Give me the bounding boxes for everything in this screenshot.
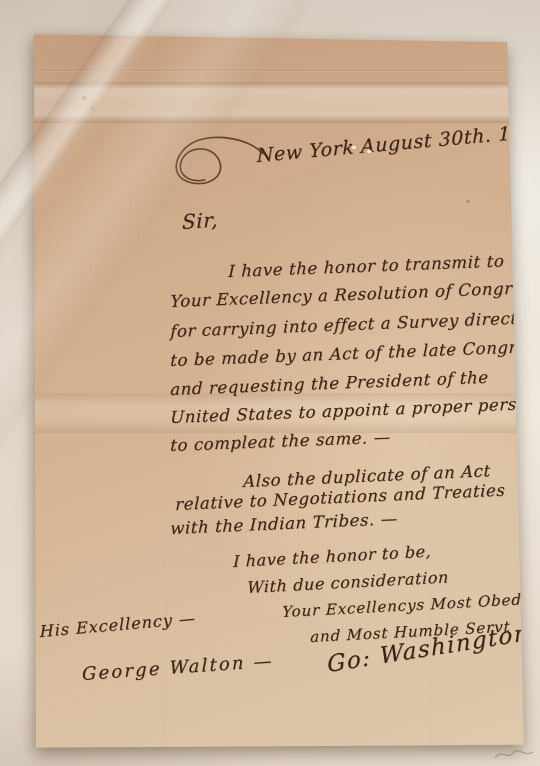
dateline: New York August 30th. 1789 xyxy=(257,119,540,167)
pencil-scribble xyxy=(492,744,536,764)
recipient-line: His Excellency — xyxy=(40,608,196,641)
glass-glint xyxy=(367,150,372,153)
body-line: with the Indian Tribes. — xyxy=(170,509,398,538)
foxing-spot xyxy=(91,107,94,110)
closing-line: Your Excellencys Most Obedt xyxy=(282,590,529,621)
fold-crease-line xyxy=(30,70,528,72)
fold-crease-line xyxy=(30,213,528,215)
body-line: Your Excellency a Resolution of Congress xyxy=(170,278,540,311)
foxing-spot xyxy=(82,96,87,100)
body-line: to be made by an Act of the late Congres… xyxy=(170,336,540,370)
fold-crease-band xyxy=(30,82,528,123)
photograph-of-letter: New York August 30th. 1789 Sir, I have t… xyxy=(0,0,540,766)
body-line: I have the honor to transmit to xyxy=(228,251,505,281)
body-line: for carrying into effect a Survey direct… xyxy=(170,308,539,341)
calligraphic-flourish-icon xyxy=(168,134,266,190)
paper-top-strip xyxy=(30,30,528,82)
closing-line: With due consideration xyxy=(247,567,449,597)
closing-line: I have the honor to be, xyxy=(233,542,432,571)
letter-paper: New York August 30th. 1789 Sir, I have t… xyxy=(30,30,528,752)
recipient-line: George Walton — xyxy=(82,651,274,685)
foxing-spot xyxy=(466,200,470,203)
glass-glint xyxy=(352,146,356,149)
vertical-crease xyxy=(165,540,167,752)
salutation: Sir, xyxy=(182,207,218,234)
